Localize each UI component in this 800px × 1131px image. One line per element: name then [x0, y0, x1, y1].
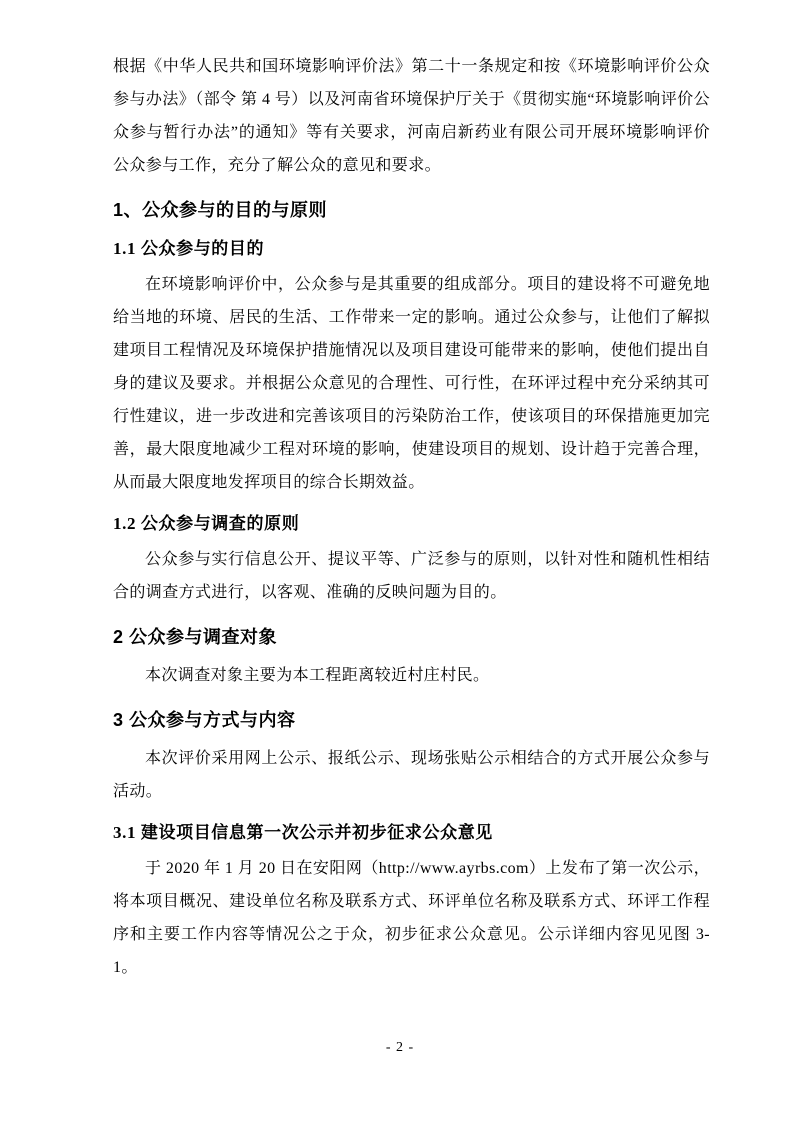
paragraph-3-1: 于 2020 年 1 月 20 日在安阳网（http://www.ayrbs.c… [113, 852, 710, 984]
document-content: 根据《中华人民共和国环境影响评价法》第二十一条规定和按《环境影响评价公众参与办法… [113, 50, 710, 984]
intro-paragraph: 根据《中华人民共和国环境影响评价法》第二十一条规定和按《环境影响评价公众参与办法… [113, 50, 710, 182]
section-heading-2: 2 公众参与调查对象 [113, 623, 710, 651]
document-page: 根据《中华人民共和国环境影响评价法》第二十一条规定和按《环境影响评价公众参与办法… [0, 0, 800, 1131]
paragraph-3: 本次评价采用网上公示、报纸公示、现场张贴公示相结合的方式开展公众参与活动。 [113, 742, 710, 808]
section-heading-1: 1、公众参与的目的与原则 [113, 196, 710, 224]
paragraph-1-1: 在环境影响评价中，公众参与是其重要的组成部分。项目的建设将不可避免地给当地的环境… [113, 268, 710, 499]
page-number: - 2 - [0, 1040, 800, 1056]
paragraph-1-2: 公众参与实行信息公开、提议平等、广泛参与的原则，以针对性和随机性相结合的调查方式… [113, 543, 710, 609]
paragraph-2: 本次调查对象主要为本工程距离较近村庄村民。 [113, 659, 710, 692]
subsection-heading-3-1: 3.1 建设项目信息第一次公示并初步征求公众意见 [113, 819, 710, 846]
subsection-heading-1-2: 1.2 公众参与调查的原则 [113, 510, 710, 537]
section-heading-3: 3 公众参与方式与内容 [113, 706, 710, 734]
subsection-heading-1-1: 1.1 公众参与的目的 [113, 235, 710, 262]
